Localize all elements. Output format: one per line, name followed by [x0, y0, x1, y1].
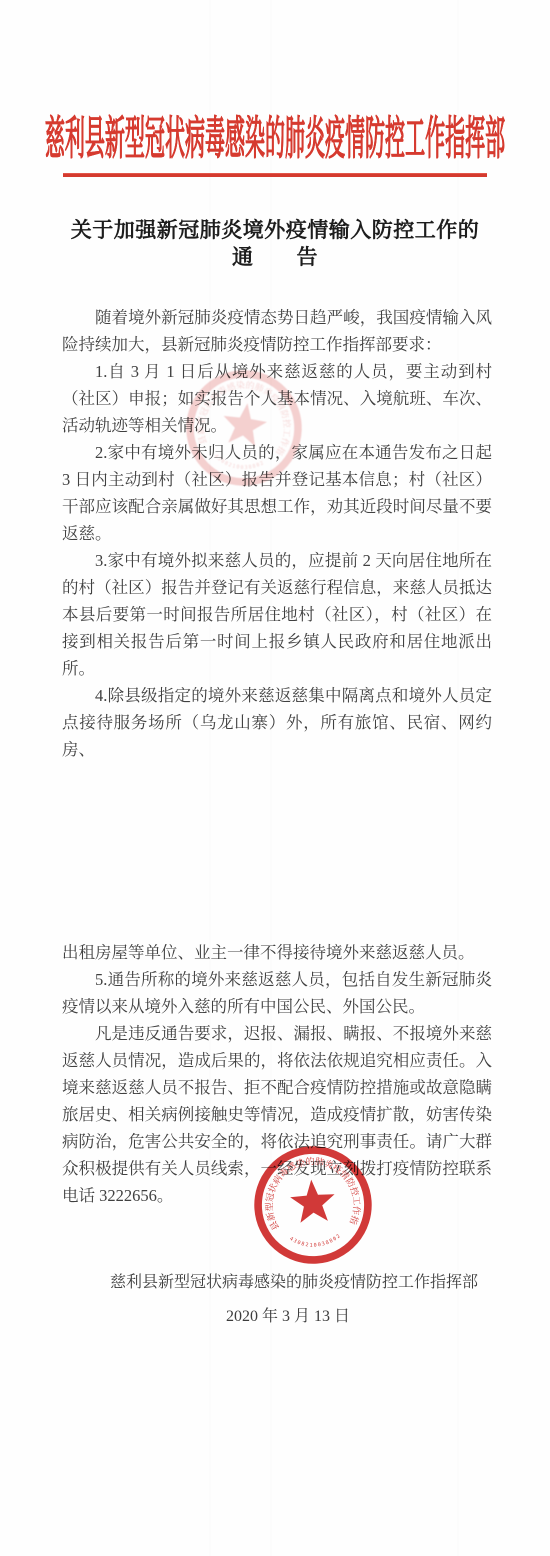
- paragraph-intro: 随着境外新冠肺炎疫情态势日趋严峻，我国疫情输入风险持续加大，县新冠肺炎疫情防控工…: [62, 304, 492, 358]
- doc-title: 关于加强新冠肺炎境外疫情输入防控工作的 通 告: [0, 217, 550, 271]
- doc-body: 随着境外新冠肺炎疫情态势日趋严峻，我国疫情输入风险持续加大，县新冠肺炎疫情防控工…: [62, 304, 492, 1209]
- header-org-name: 慈利县新型冠状病毒感染的肺炎疫情防控工作指挥部: [45, 110, 505, 168]
- paragraph-item5: 5.通告所称的境外来慈返慈人员，包括自发生新冠肺炎疫情以来从境外入慈的所有中国公…: [62, 966, 492, 1020]
- signature-org: 慈利县新型冠状病毒感染的肺炎疫情防控工作指挥部: [0, 1271, 550, 1295]
- paragraph-penalty: 凡是违反通告要求，迟报、漏报、瞒报、不报境外来慈返慈人员情况，造成后果的，将依法…: [62, 1020, 492, 1209]
- paragraph-item3: 3.家中有境外拟来慈人员的，应提前 2 天向居住地所在的村（社区）报告并登记有关…: [62, 547, 492, 682]
- page-break-gap: [62, 763, 492, 939]
- signature-date: 2020 年 3 月 13 日: [0, 1305, 550, 1329]
- document-page: 慈利县新型冠状病毒感染的肺炎疫情防控工作指挥部 关于加强新冠肺炎境外疫情输入防控…: [0, 0, 550, 1556]
- paragraph-item2: 2.家中有境外未归人员的，家属应在本通告发布之日起 3 日内主动到村（社区）报告…: [62, 439, 492, 547]
- svg-text:4308210038802: 4308210038802: [288, 1232, 343, 1250]
- header-banner: 慈利县新型冠状病毒感染的肺炎疫情防控工作指挥部: [0, 0, 550, 168]
- paragraph-item4-part2: 出租房屋等单位、业主一律不得接待境外来慈返慈人员。: [62, 939, 492, 966]
- header-rule: [63, 173, 487, 177]
- paragraph-item1: 1.自 3 月 1 日后从境外来慈返慈的人员，要主动到村（社区）申报；如实报告个…: [62, 358, 492, 439]
- title-line2: 通 告: [0, 244, 550, 271]
- paragraph-item4-part1: 4.除县级指定的境外来慈返慈集中隔离点和境外人员定点接待服务场所（乌龙山寨）外，…: [62, 682, 492, 763]
- title-line1: 关于加强新冠肺炎境外疫情输入防控工作的: [0, 217, 550, 244]
- signature-block: 慈利县新型冠状病毒感染的肺炎疫情防控工作指挥部 2020 年 3 月 13 日: [0, 1271, 550, 1329]
- seal-serial: 4308210038802: [288, 1232, 343, 1250]
